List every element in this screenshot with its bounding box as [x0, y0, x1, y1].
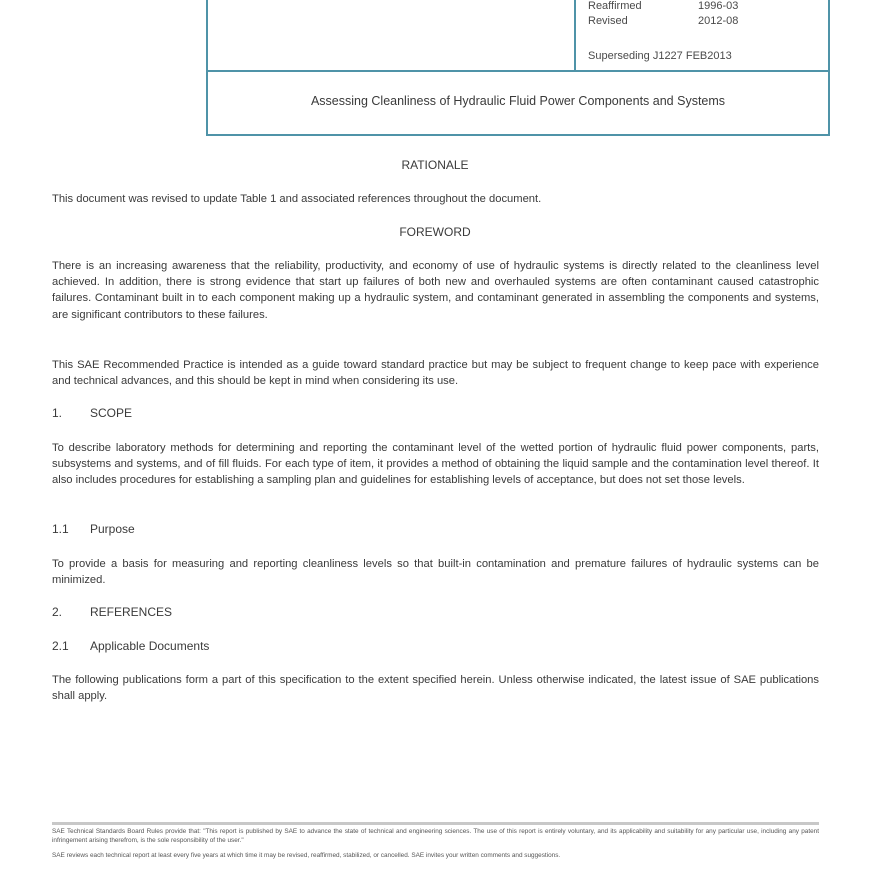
superseding-text: Superseding J1227 FEB2013: [588, 50, 732, 62]
foreword-heading: FOREWORD: [0, 225, 870, 239]
footer-divider: [52, 822, 819, 825]
document-title: Assessing Cleanliness of Hydraulic Fluid…: [208, 94, 828, 108]
header-right-cell: Reaffirmed 1996-03 Revised 2012-08 Super…: [576, 0, 828, 72]
section-scope-heading: 1.SCOPE: [52, 406, 132, 420]
foreword-paragraph-1: There is an increasing awareness that th…: [52, 258, 819, 323]
applicable-text: The following publications form a part o…: [52, 672, 819, 704]
section-title: Applicable Documents: [90, 639, 209, 653]
revised-label: Revised: [588, 15, 628, 27]
reaffirmed-value: 1996-03: [698, 0, 738, 12]
purpose-text: To provide a basis for measuring and rep…: [52, 556, 819, 588]
footer-note-2: SAE reviews each technical report at lea…: [52, 852, 819, 861]
section-number: 2.: [52, 605, 90, 619]
section-purpose-heading: 1.1Purpose: [52, 522, 135, 536]
section-title: Purpose: [90, 522, 135, 536]
foreword-paragraph-2: This SAE Recommended Practice is intende…: [52, 357, 819, 389]
revised-value: 2012-08: [698, 15, 738, 27]
scope-text: To describe laboratory methods for deter…: [52, 440, 819, 489]
rationale-heading: RATIONALE: [0, 158, 870, 172]
header-divider: [208, 70, 828, 72]
reaffirmed-row: Reaffirmed 1996-03: [588, 0, 642, 12]
section-number: 1.1: [52, 522, 90, 536]
section-number: 1.: [52, 406, 90, 420]
rationale-text: This document was revised to update Tabl…: [52, 191, 819, 207]
section-applicable-heading: 2.1Applicable Documents: [52, 639, 209, 653]
document-header-box: Reaffirmed 1996-03 Revised 2012-08 Super…: [206, 0, 830, 136]
revised-row: Revised 2012-08: [588, 15, 628, 27]
section-number: 2.1: [52, 639, 90, 653]
section-title: SCOPE: [90, 406, 132, 420]
section-references-heading: 2.REFERENCES: [52, 605, 172, 619]
section-title: REFERENCES: [90, 605, 172, 619]
reaffirmed-label: Reaffirmed: [588, 0, 642, 12]
footer-note-1: SAE Technical Standards Board Rules prov…: [52, 828, 819, 845]
header-left-cell: [208, 0, 576, 72]
